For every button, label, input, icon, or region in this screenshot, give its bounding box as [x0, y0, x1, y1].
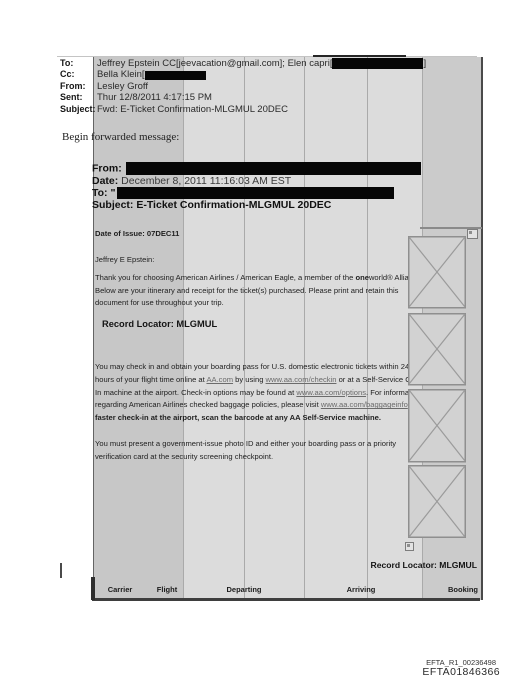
- email-cc-row: Cc: Bella Klein[: [60, 69, 206, 80]
- column-header-flight: Flight: [157, 585, 177, 594]
- document-bottom-rule: [92, 598, 480, 601]
- record-locator-bottom: Record Locator: MLGMUL: [371, 560, 477, 570]
- record-locator: Record Locator: MLGMUL: [102, 319, 217, 329]
- ticket-intro-paragraph: Thank you for choosing American Airlines…: [95, 272, 429, 310]
- broken-image-icon: [405, 542, 414, 551]
- aa-com-link: AA.com: [206, 375, 233, 384]
- date-of-issue: Date of Issue: 07DEC11: [95, 228, 179, 241]
- email-sent-row: Sent: Thur 12/8/2011 4:17:15 PM: [60, 92, 212, 103]
- scanned-email-page: To: Jeffrey Epstein CC[jeevacation@gmail…: [0, 0, 512, 688]
- redaction-bar: [145, 71, 206, 81]
- cc-value: Bella Klein[: [97, 69, 206, 80]
- forwarded-to-row: To: ": [92, 187, 394, 199]
- redaction-bar: [332, 58, 423, 69]
- margin-tick-mark: [60, 563, 62, 578]
- subject-label: Subject:: [60, 104, 97, 115]
- redaction-bar: [117, 187, 394, 199]
- bates-number-large: EFTA01846366: [422, 666, 500, 678]
- email-subject-row: Subject: Fwd: E-Ticket Confirmation-MLGM…: [60, 104, 288, 115]
- scan-artifact-line: [304, 57, 305, 600]
- subject-value: Fwd: E-Ticket Confirmation-MLGMUL 20DEC: [97, 104, 288, 115]
- from-label: From:: [60, 81, 97, 92]
- missing-image-x-boxes: [408, 236, 466, 538]
- column-header-arriving: Arriving: [347, 585, 376, 594]
- checkin-paragraph: You may check in and obtain your boardin…: [95, 361, 430, 425]
- salutation: Jeffrey E Epstein:: [95, 254, 154, 267]
- forwarded-intro: Begin forwarded message:: [62, 131, 179, 143]
- to-value: Jeffrey Epstein CC[jeevacation@gmail.com…: [97, 58, 426, 69]
- aa-checkin-link: www.aa.com/checkin: [266, 375, 337, 384]
- column-header-carrier: Carrier: [108, 585, 133, 594]
- scan-shading-band-mid: [183, 57, 422, 600]
- oneworld-brand: one: [355, 273, 369, 282]
- document-top-rule: [57, 56, 477, 57]
- sent-value: Thur 12/8/2011 4:17:15 PM: [97, 92, 212, 103]
- forwarded-date-row: Date: December 8, 2011 11:16:03 AM EST: [92, 175, 291, 187]
- scan-artifact-line: [244, 57, 245, 600]
- forwarded-subject-row: Subject: E-Ticket Confirmation-MLGMUL 20…: [92, 199, 331, 211]
- column-header-departing: Departing: [226, 585, 261, 594]
- document-right-border: [481, 57, 483, 600]
- cc-label: Cc:: [60, 69, 97, 80]
- forwarded-from-row: From:: [92, 162, 421, 175]
- aa-options-link: www.aa.com/options: [296, 388, 366, 397]
- email-to-row: To: Jeffrey Epstein CC[jeevacation@gmail…: [60, 58, 426, 69]
- aa-baggageinfo-link: www.aa.com/baggageinfo: [321, 400, 408, 409]
- column-header-booking: Booking: [448, 585, 478, 594]
- to-label: To:: [60, 58, 97, 69]
- corner-bracket-mark: [91, 577, 95, 600]
- missing-image-placeholder-column: [408, 236, 466, 538]
- from-value: Lesley Groff: [97, 81, 148, 92]
- email-from-row: From: Lesley Groff: [60, 81, 148, 92]
- scan-artifact-line: [367, 57, 368, 600]
- sent-label: Sent:: [60, 92, 97, 103]
- security-paragraph: You must present a government-issue phot…: [95, 437, 430, 463]
- broken-image-icon: [467, 229, 478, 239]
- redaction-bar: [126, 162, 421, 175]
